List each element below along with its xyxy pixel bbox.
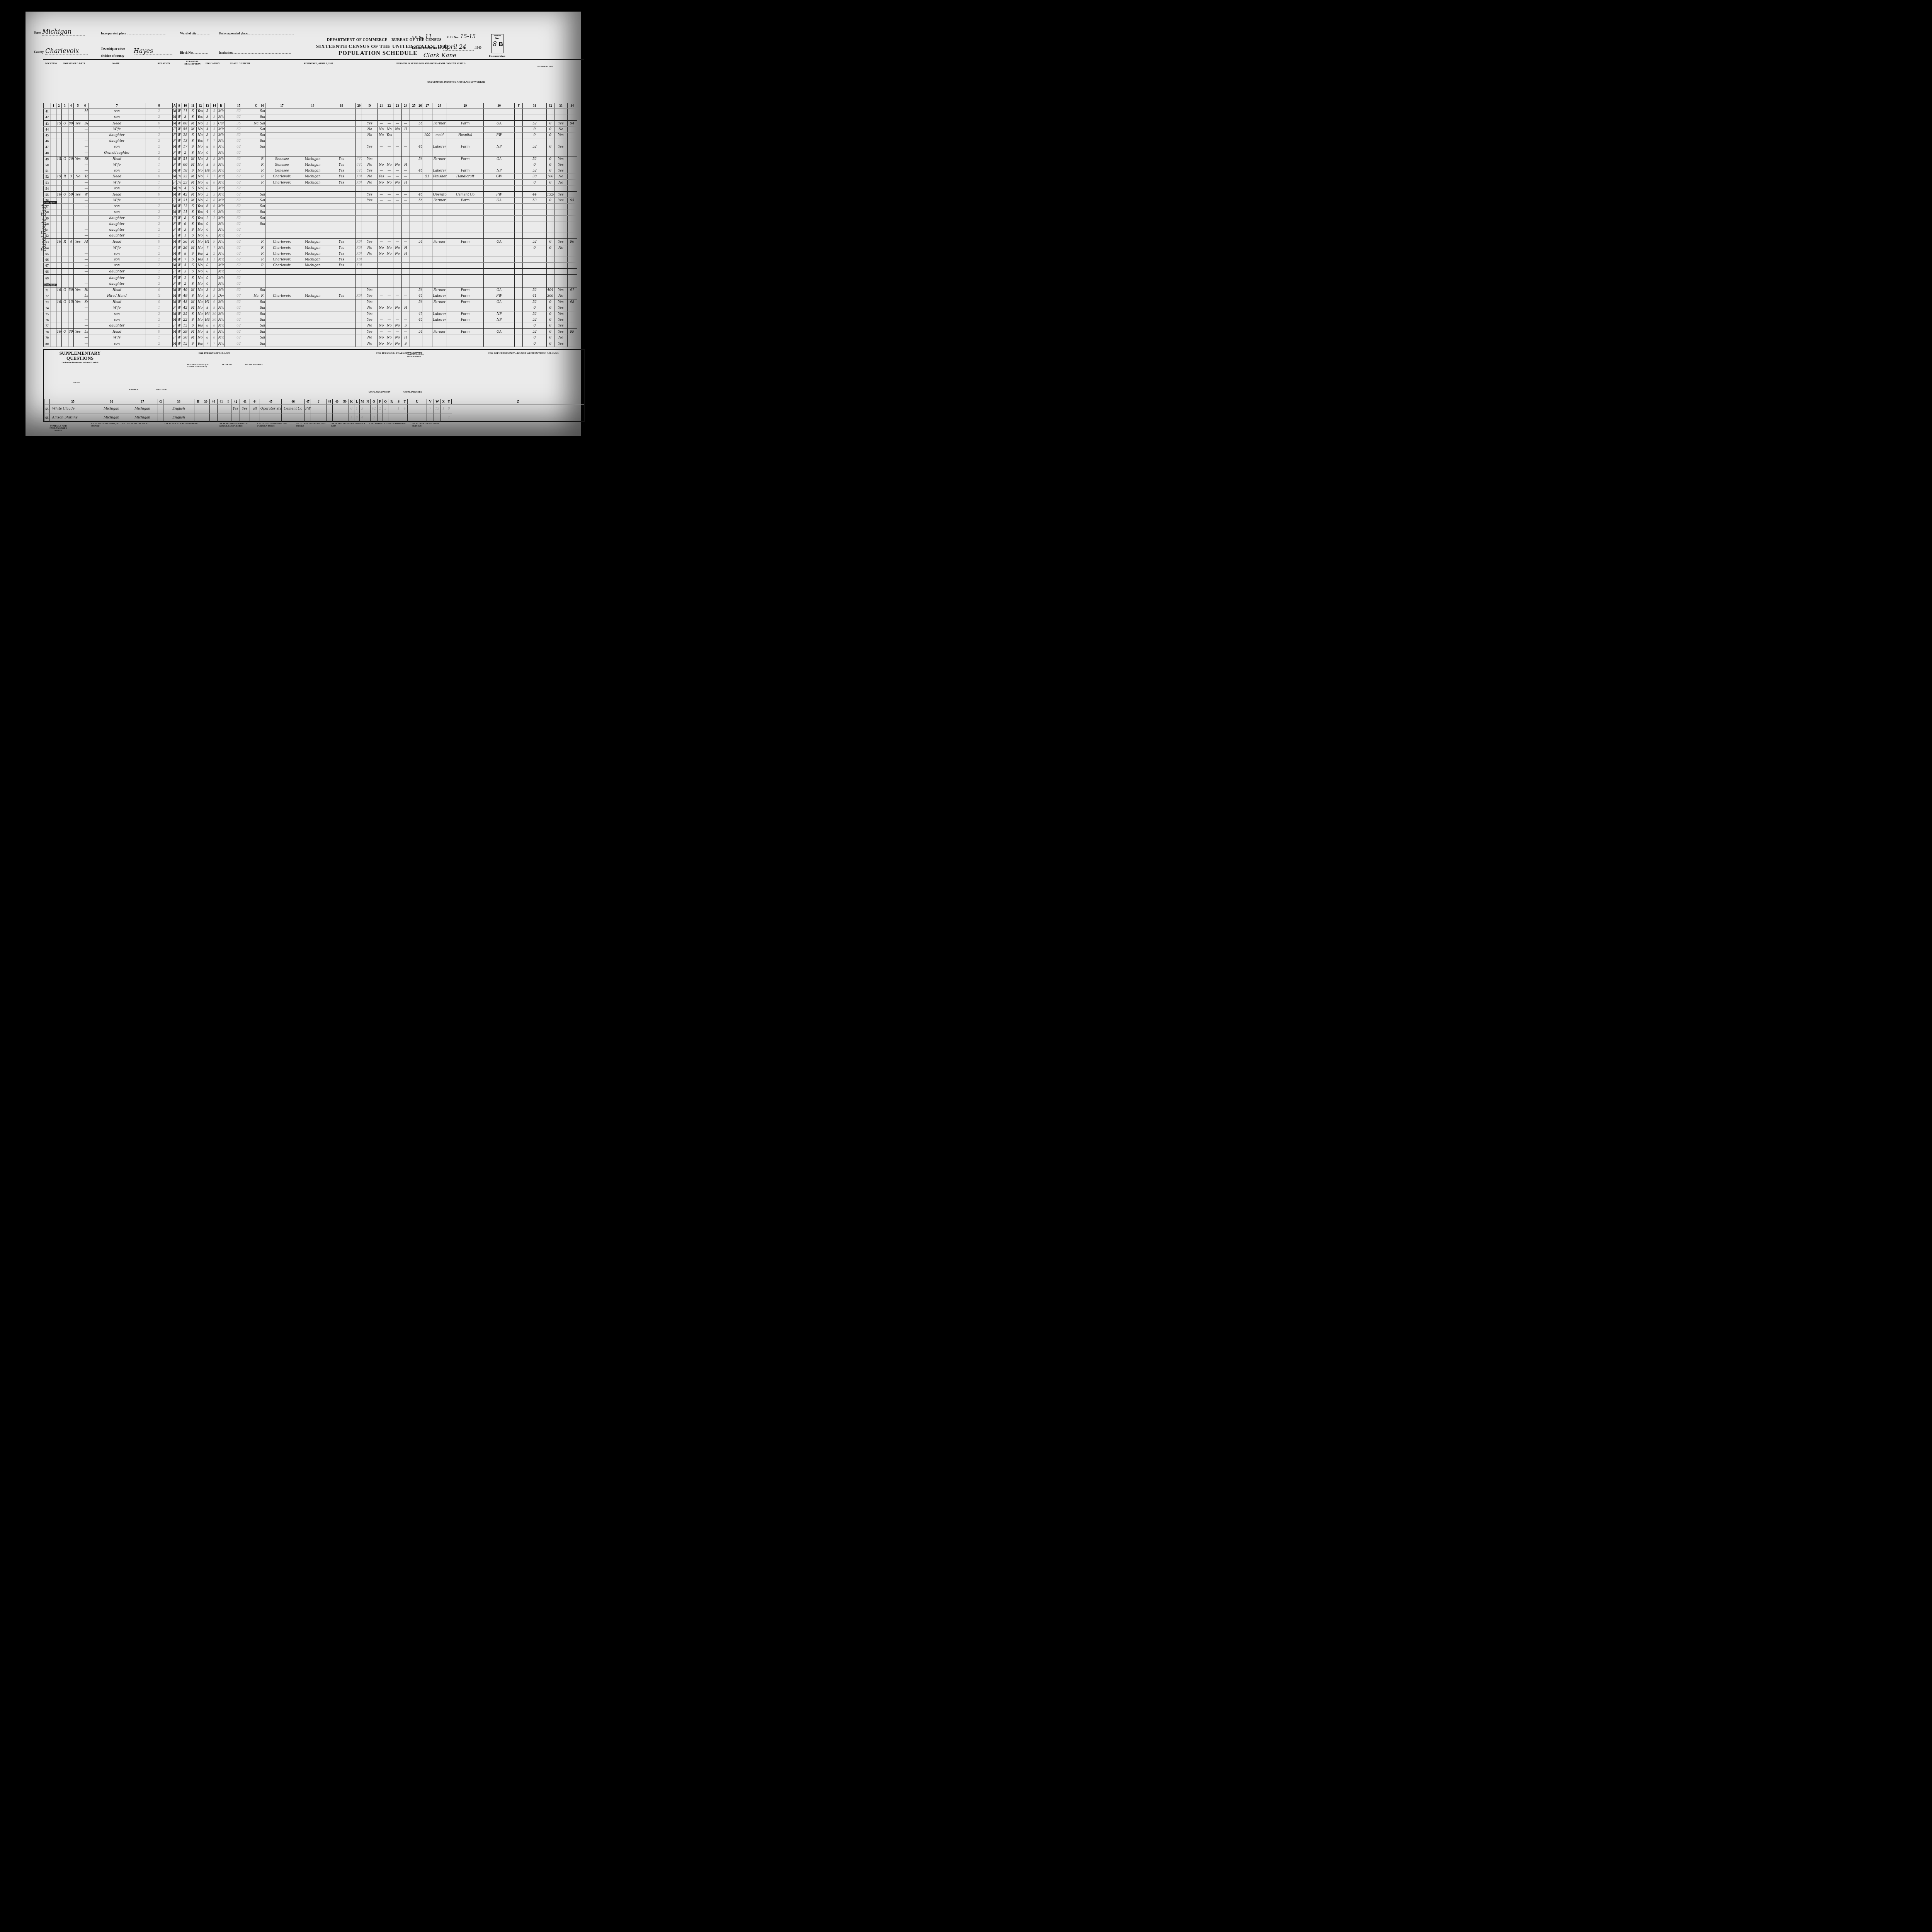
- column-number: K: [349, 399, 354, 405]
- cell-farm: [74, 144, 82, 150]
- cell-rstate: [298, 299, 327, 305]
- cell-pad: [410, 251, 418, 257]
- cell-hh: [56, 251, 61, 257]
- cell-rfarm: [327, 144, 355, 150]
- cell-sex: F: [172, 233, 177, 239]
- cell-unemp: [422, 209, 432, 215]
- cell-wage: 306: [546, 293, 554, 299]
- line-number: 68: [44, 269, 51, 275]
- column-number: 30: [484, 103, 515, 109]
- column-number: V: [427, 399, 434, 405]
- cell-rel: son: [88, 311, 146, 317]
- column-number: 5: [74, 103, 82, 109]
- cell-oth: Yes: [554, 329, 568, 335]
- cell-val: [68, 138, 74, 144]
- cell-sch: No: [197, 233, 204, 239]
- code-code: [515, 251, 523, 257]
- cell-mar: M: [189, 239, 197, 245]
- person-name: — Martha ⊗: [82, 335, 88, 341]
- column-number: 21: [378, 103, 385, 109]
- cell-cls: [484, 263, 515, 269]
- cell-color: W: [177, 121, 182, 127]
- column-number: 41: [218, 399, 225, 405]
- supplementary-subtitle: For Persons Enumerated on Lines 55 and 6…: [47, 362, 113, 364]
- cell-hh: 159: [56, 174, 61, 180]
- cell-occ: Farmer: [432, 156, 447, 162]
- code-a: 2: [146, 144, 172, 150]
- cell-hh: [56, 341, 61, 347]
- table-row: 63161R4YesAllison AlfredHead0MW36MNoH19M…: [44, 239, 584, 245]
- cell-hh: [56, 221, 61, 227]
- cell-unemp: [422, 245, 432, 251]
- cell-wk: 0: [523, 180, 546, 185]
- cell-sex: M: [172, 144, 177, 150]
- cell-rel: son: [88, 114, 146, 121]
- cell-cls: NP: [484, 168, 515, 174]
- code-code: [515, 150, 523, 156]
- cell-farm: Yes: [74, 121, 82, 127]
- cell-farm: [74, 227, 82, 233]
- column-number: 32: [546, 103, 554, 109]
- cell-rcounty: Charlevoix: [265, 293, 298, 299]
- cell-farm: Yes: [74, 192, 82, 198]
- cell-hrs: [418, 114, 422, 121]
- cell-val: [68, 168, 74, 174]
- cell-street: [51, 317, 56, 323]
- code-a: 2: [146, 275, 172, 281]
- cell-fs: [568, 251, 577, 257]
- cell-rel: Head: [88, 239, 146, 245]
- cell-own: [61, 215, 68, 221]
- cell-rstate: Michigan: [298, 251, 327, 257]
- office-code: 1: [349, 413, 354, 422]
- cell-val: [68, 341, 74, 347]
- cell-mar: S: [189, 109, 197, 114]
- cell-cit: Na: [253, 121, 259, 127]
- cell-birth: Michigan: [218, 132, 224, 138]
- cell-val: 1500: [68, 299, 74, 305]
- column-number: 4: [68, 103, 74, 109]
- cell-sex: F: [172, 126, 177, 132]
- cell-gr: 8: [204, 305, 211, 311]
- cell-sex: M: [172, 293, 177, 299]
- table-row: 67— Kennethson2MW5SNo0Michigan62RCharlev…: [44, 263, 584, 269]
- code-d: [356, 198, 362, 204]
- cell-w21: No: [362, 305, 378, 311]
- code-c: 62: [224, 317, 253, 323]
- person-name: Tapakeyah John ⊗: [82, 174, 88, 180]
- code-d: [356, 335, 362, 341]
- person-name: — Pearl: [82, 132, 88, 138]
- office-code: 0: [446, 405, 452, 413]
- cell-sex: F: [172, 198, 177, 204]
- cell-wk: 52: [523, 121, 546, 127]
- cell-own: [61, 185, 68, 192]
- cell-w24: —: [393, 329, 401, 335]
- line-number: 72: [44, 293, 51, 299]
- cell-oth: [554, 269, 568, 275]
- cell-w23: [385, 275, 393, 281]
- cell-cit: [253, 192, 259, 198]
- cell-wk: [523, 263, 546, 269]
- office-code: 2: [446, 413, 452, 422]
- cell-oth: No: [554, 245, 568, 251]
- table-row: 46— Marjoriedaughter2FW13SYes77Michigan6…: [44, 138, 584, 144]
- cell-unemp: 51: [422, 174, 432, 180]
- cell-unemp: [422, 215, 432, 221]
- cell-color: W: [177, 156, 182, 162]
- cell-val: 300: [68, 329, 74, 335]
- cell-oth: [554, 251, 568, 257]
- cell-own: O: [61, 192, 68, 198]
- suppl-mother: Michigan: [127, 405, 158, 413]
- cell-cls: [484, 227, 515, 233]
- suppl-blank: [225, 413, 231, 422]
- code-code: [515, 227, 523, 233]
- cell-val: [68, 198, 74, 204]
- code-b: [211, 221, 218, 227]
- cell-w22: —: [378, 317, 385, 323]
- cell-gr: 0: [204, 263, 211, 269]
- cell-color: W: [177, 162, 182, 168]
- cell-gr: 3: [204, 293, 211, 299]
- line-number: 43: [44, 121, 51, 127]
- group-name: NAME: [112, 63, 119, 65]
- suppl-c44: [250, 413, 260, 422]
- cell-street: [51, 114, 56, 121]
- cell-pad: [410, 221, 418, 227]
- cell-val: [68, 317, 74, 323]
- cell-w24: [393, 109, 401, 114]
- person-name: Smathers Lee ⊗: [82, 299, 88, 305]
- cell-hrs: [418, 180, 422, 185]
- cell-unemp: [422, 269, 432, 275]
- cell-wage: 0: [546, 162, 554, 168]
- suppl-h-name: NAME: [73, 382, 80, 384]
- cell-w22: [378, 150, 385, 156]
- cell-rstate: [298, 138, 327, 144]
- cell-w24: [393, 257, 401, 262]
- cell-rel: Wife: [88, 198, 146, 204]
- cell-val: [68, 245, 74, 251]
- cell-occ: [432, 215, 447, 221]
- cell-occ: Farmer: [432, 299, 447, 305]
- cell-sex: M: [172, 114, 177, 121]
- cell-farm: Yes: [74, 239, 82, 245]
- cell-gr: 7: [204, 341, 211, 347]
- suppl-c43: [240, 413, 250, 422]
- cell-age: 31: [182, 198, 189, 204]
- cell-hh: [56, 227, 61, 233]
- column-number: 43: [240, 399, 250, 405]
- cell-val: 3: [68, 174, 74, 180]
- cell-street: [51, 287, 56, 293]
- header-rule: [43, 59, 584, 60]
- code-d: [356, 144, 362, 150]
- cell-wk: [523, 257, 546, 262]
- cell-w22: —: [378, 299, 385, 305]
- cell-wk: [523, 114, 546, 121]
- cell-farm: [74, 263, 82, 269]
- person-name: — George: [82, 311, 88, 317]
- table-row: 42— Trumanson2MW8SYes33Michigan62Same Ho…: [44, 114, 584, 121]
- cell-res: Same House: [259, 109, 265, 114]
- cell-w21: [362, 227, 378, 233]
- cell-w23: —: [385, 317, 393, 323]
- cell-rcounty: Genesee: [265, 168, 298, 174]
- cell-unemp: [422, 227, 432, 233]
- cell-hh: [56, 138, 61, 144]
- table-row: 79— Martha ⊗Wife1FW30MNo88Michigan62Same…: [44, 335, 584, 341]
- cell-w21: No: [362, 162, 378, 168]
- cell-street: [51, 209, 56, 215]
- cell-cit: [253, 156, 259, 162]
- cell-birth: Canada English: [218, 121, 224, 127]
- cell-age: 13: [182, 204, 189, 209]
- cell-mar: S: [189, 257, 197, 262]
- cell-sex: M: [172, 257, 177, 262]
- cell-val: [68, 185, 74, 192]
- table-row: 58— Williamson2MW11SYes44Michigan62Same …: [44, 209, 584, 215]
- cell-birth: Michigan: [218, 150, 224, 156]
- cell-oth: [554, 209, 568, 215]
- cell-val: [68, 227, 74, 233]
- cell-w21: [362, 233, 378, 239]
- cell-w24: No: [393, 126, 401, 132]
- cell-rel: Wife: [88, 245, 146, 251]
- cell-wage: [546, 185, 554, 192]
- cell-w24: [393, 233, 401, 239]
- code-a: 0: [146, 287, 172, 293]
- code-c: 62: [224, 192, 253, 198]
- suppl-tongue: English: [163, 413, 194, 422]
- cell-gr: 2: [204, 215, 211, 221]
- table-row: 41Melin Theodoreson2MW11SYes55Michigan62…: [44, 109, 584, 114]
- cell-ind: [447, 114, 484, 121]
- cell-occ: Farmer: [432, 198, 447, 204]
- cell-mar: M: [189, 245, 197, 251]
- cell-birth: Michigan: [218, 138, 224, 144]
- cell-gr: 7: [204, 174, 211, 180]
- cell-occ: [432, 227, 447, 233]
- cell-occ: [432, 209, 447, 215]
- cell-oth: Yes: [554, 121, 568, 127]
- cell-val: 500: [68, 287, 74, 293]
- cell-age: 28: [182, 132, 189, 138]
- cell-rcounty: Charlevoix: [265, 263, 298, 269]
- cell-hrs: [418, 162, 422, 168]
- suppl-blank: [311, 405, 327, 413]
- cell-own: [61, 269, 68, 275]
- cell-rstate: Michigan: [298, 257, 327, 262]
- cell-ind: Farm: [447, 239, 484, 245]
- cell-age: 1: [182, 233, 189, 239]
- cell-fs: [568, 138, 577, 144]
- cell-birth: Michigan: [218, 168, 224, 174]
- cell-pad: [410, 126, 418, 132]
- cell-w21: No: [362, 341, 378, 347]
- cell-occ: [432, 263, 447, 269]
- cell-age: 18: [182, 168, 189, 174]
- cell-hh: [56, 109, 61, 114]
- cell-fs: [568, 293, 577, 299]
- cell-rcounty: [265, 233, 298, 239]
- suppl-h-tongue: MOTHER TONGUE (OR NATIVE LANGUAGE): [187, 364, 214, 368]
- column-number: 23: [393, 103, 401, 109]
- cell-own: [61, 263, 68, 269]
- cell-pad: [410, 257, 418, 262]
- code-a: 2: [146, 323, 172, 329]
- cell-fs: [568, 233, 577, 239]
- cell-unemp: [422, 180, 432, 185]
- person-name: — Shirline: [82, 269, 88, 275]
- column-number: 50: [341, 399, 349, 405]
- cell-res: Same House: [259, 121, 265, 127]
- column-number: 7: [88, 103, 146, 109]
- cell-mar: M: [189, 156, 197, 162]
- cell-fs: [568, 114, 577, 121]
- cell-sex: F: [172, 132, 177, 138]
- cell-farm: [74, 245, 82, 251]
- suppl-blank: [327, 405, 333, 413]
- cell-street: [51, 156, 56, 162]
- cell-ind: [447, 185, 484, 192]
- cell-w25: H: [401, 251, 410, 257]
- cell-rfarm: [327, 150, 355, 156]
- person-name: White Claude: [82, 192, 88, 198]
- cell-w25: H: [401, 245, 410, 251]
- cell-pad: [410, 245, 418, 251]
- person-name: — Sadie ⊗: [82, 245, 88, 251]
- cell-sch: Yes: [197, 257, 204, 262]
- cell-w24: No: [393, 251, 401, 257]
- cell-w23: —: [385, 329, 393, 335]
- cell-cit: [253, 168, 259, 174]
- cell-color: W: [177, 275, 182, 281]
- cell-color: W: [177, 204, 182, 209]
- cell-oth: Yes: [554, 239, 568, 245]
- person-name: — John: [82, 185, 88, 192]
- cell-unemp: [422, 329, 432, 335]
- cell-fs: 96: [568, 239, 577, 245]
- column-number: I: [225, 399, 231, 405]
- cell-birth: Michigan: [218, 275, 224, 281]
- cell-occ: [432, 109, 447, 114]
- cell-color: W: [177, 293, 182, 299]
- cell-gr: 0: [204, 269, 211, 275]
- cell-farm: [74, 233, 82, 239]
- cell-w24: —: [393, 121, 401, 127]
- suppl-blank: [158, 413, 163, 422]
- cell-oth: No: [554, 174, 568, 180]
- cell-ind: Farm: [447, 168, 484, 174]
- code-b: 5: [211, 192, 218, 198]
- cell-street: [51, 180, 56, 185]
- column-number: 3: [61, 103, 68, 109]
- cell-wk: 52: [523, 144, 546, 150]
- cell-gr: 8: [204, 144, 211, 150]
- cell-street: [51, 251, 56, 257]
- cell-rfarm: [327, 126, 355, 132]
- cell-color: W: [177, 215, 182, 221]
- cell-w25: [401, 257, 410, 262]
- suppl-mother: Michigan: [127, 413, 158, 422]
- cell-cit: [253, 132, 259, 138]
- cell-sch: No: [197, 287, 204, 293]
- cell-w24: No: [393, 335, 401, 341]
- cell-street: [51, 221, 56, 227]
- cell-sch: No: [197, 275, 204, 281]
- cell-w24: [393, 204, 401, 209]
- cell-hrs: [418, 323, 422, 329]
- code-a: 0: [146, 121, 172, 127]
- cell-rel: Wife: [88, 162, 146, 168]
- cell-color: W: [177, 287, 182, 293]
- office-code: 4: [360, 413, 365, 422]
- cell-w21: [362, 209, 378, 215]
- cell-sch: Yes: [197, 341, 204, 347]
- code-code: [515, 233, 523, 239]
- cell-wage: 0: [546, 323, 554, 329]
- cell-gr: 3: [204, 114, 211, 121]
- cell-age: 8: [182, 114, 189, 121]
- cell-wage: 1320: [546, 192, 554, 198]
- cell-rcounty: [265, 317, 298, 323]
- cell-sch: No: [197, 180, 204, 185]
- cell-wk: 0: [523, 323, 546, 329]
- cell-w23: No: [385, 245, 393, 251]
- cell-hrs: 56: [418, 299, 422, 305]
- suppl-quest-tag: SUPPL. QUEST.: [43, 284, 57, 286]
- person-name: Rising Donald: [82, 156, 88, 162]
- cell-rcounty: [265, 335, 298, 341]
- cell-w23: [385, 281, 393, 287]
- cell-w22: [378, 204, 385, 209]
- cell-own: [61, 257, 68, 262]
- cell-sch: No: [197, 239, 204, 245]
- cell-wage: [546, 138, 554, 144]
- cell-wage: [546, 269, 554, 275]
- cell-gr: H4: [204, 168, 211, 174]
- cell-rfarm: [327, 329, 355, 335]
- cell-wk: [523, 221, 546, 227]
- cell-oth: Yes: [554, 311, 568, 317]
- cell-color: W: [177, 192, 182, 198]
- cell-unemp: [422, 198, 432, 204]
- cell-sex: M: [172, 192, 177, 198]
- cell-wage: 404: [546, 287, 554, 293]
- person-name: — Addie ⊗: [82, 162, 88, 168]
- cell-birth: Michigan: [218, 317, 224, 323]
- cell-res: R: [259, 239, 265, 245]
- cell-fs: [568, 144, 577, 150]
- cell-age: 32: [182, 174, 189, 180]
- cell-color: W: [177, 317, 182, 323]
- cell-sex: M: [172, 204, 177, 209]
- code-c: 62: [224, 109, 253, 114]
- code-a: 1: [146, 126, 172, 132]
- cell-res: Same House: [259, 192, 265, 198]
- code-c: 07: [224, 293, 253, 299]
- person-name: — Truman: [82, 114, 88, 121]
- cell-own: [61, 317, 68, 323]
- suppl-blank: [202, 405, 210, 413]
- office-code: [365, 413, 371, 422]
- cell-cls: [484, 209, 515, 215]
- cell-gr: 1: [204, 257, 211, 262]
- cell-cit: [253, 245, 259, 251]
- cell-rfarm: [327, 311, 355, 317]
